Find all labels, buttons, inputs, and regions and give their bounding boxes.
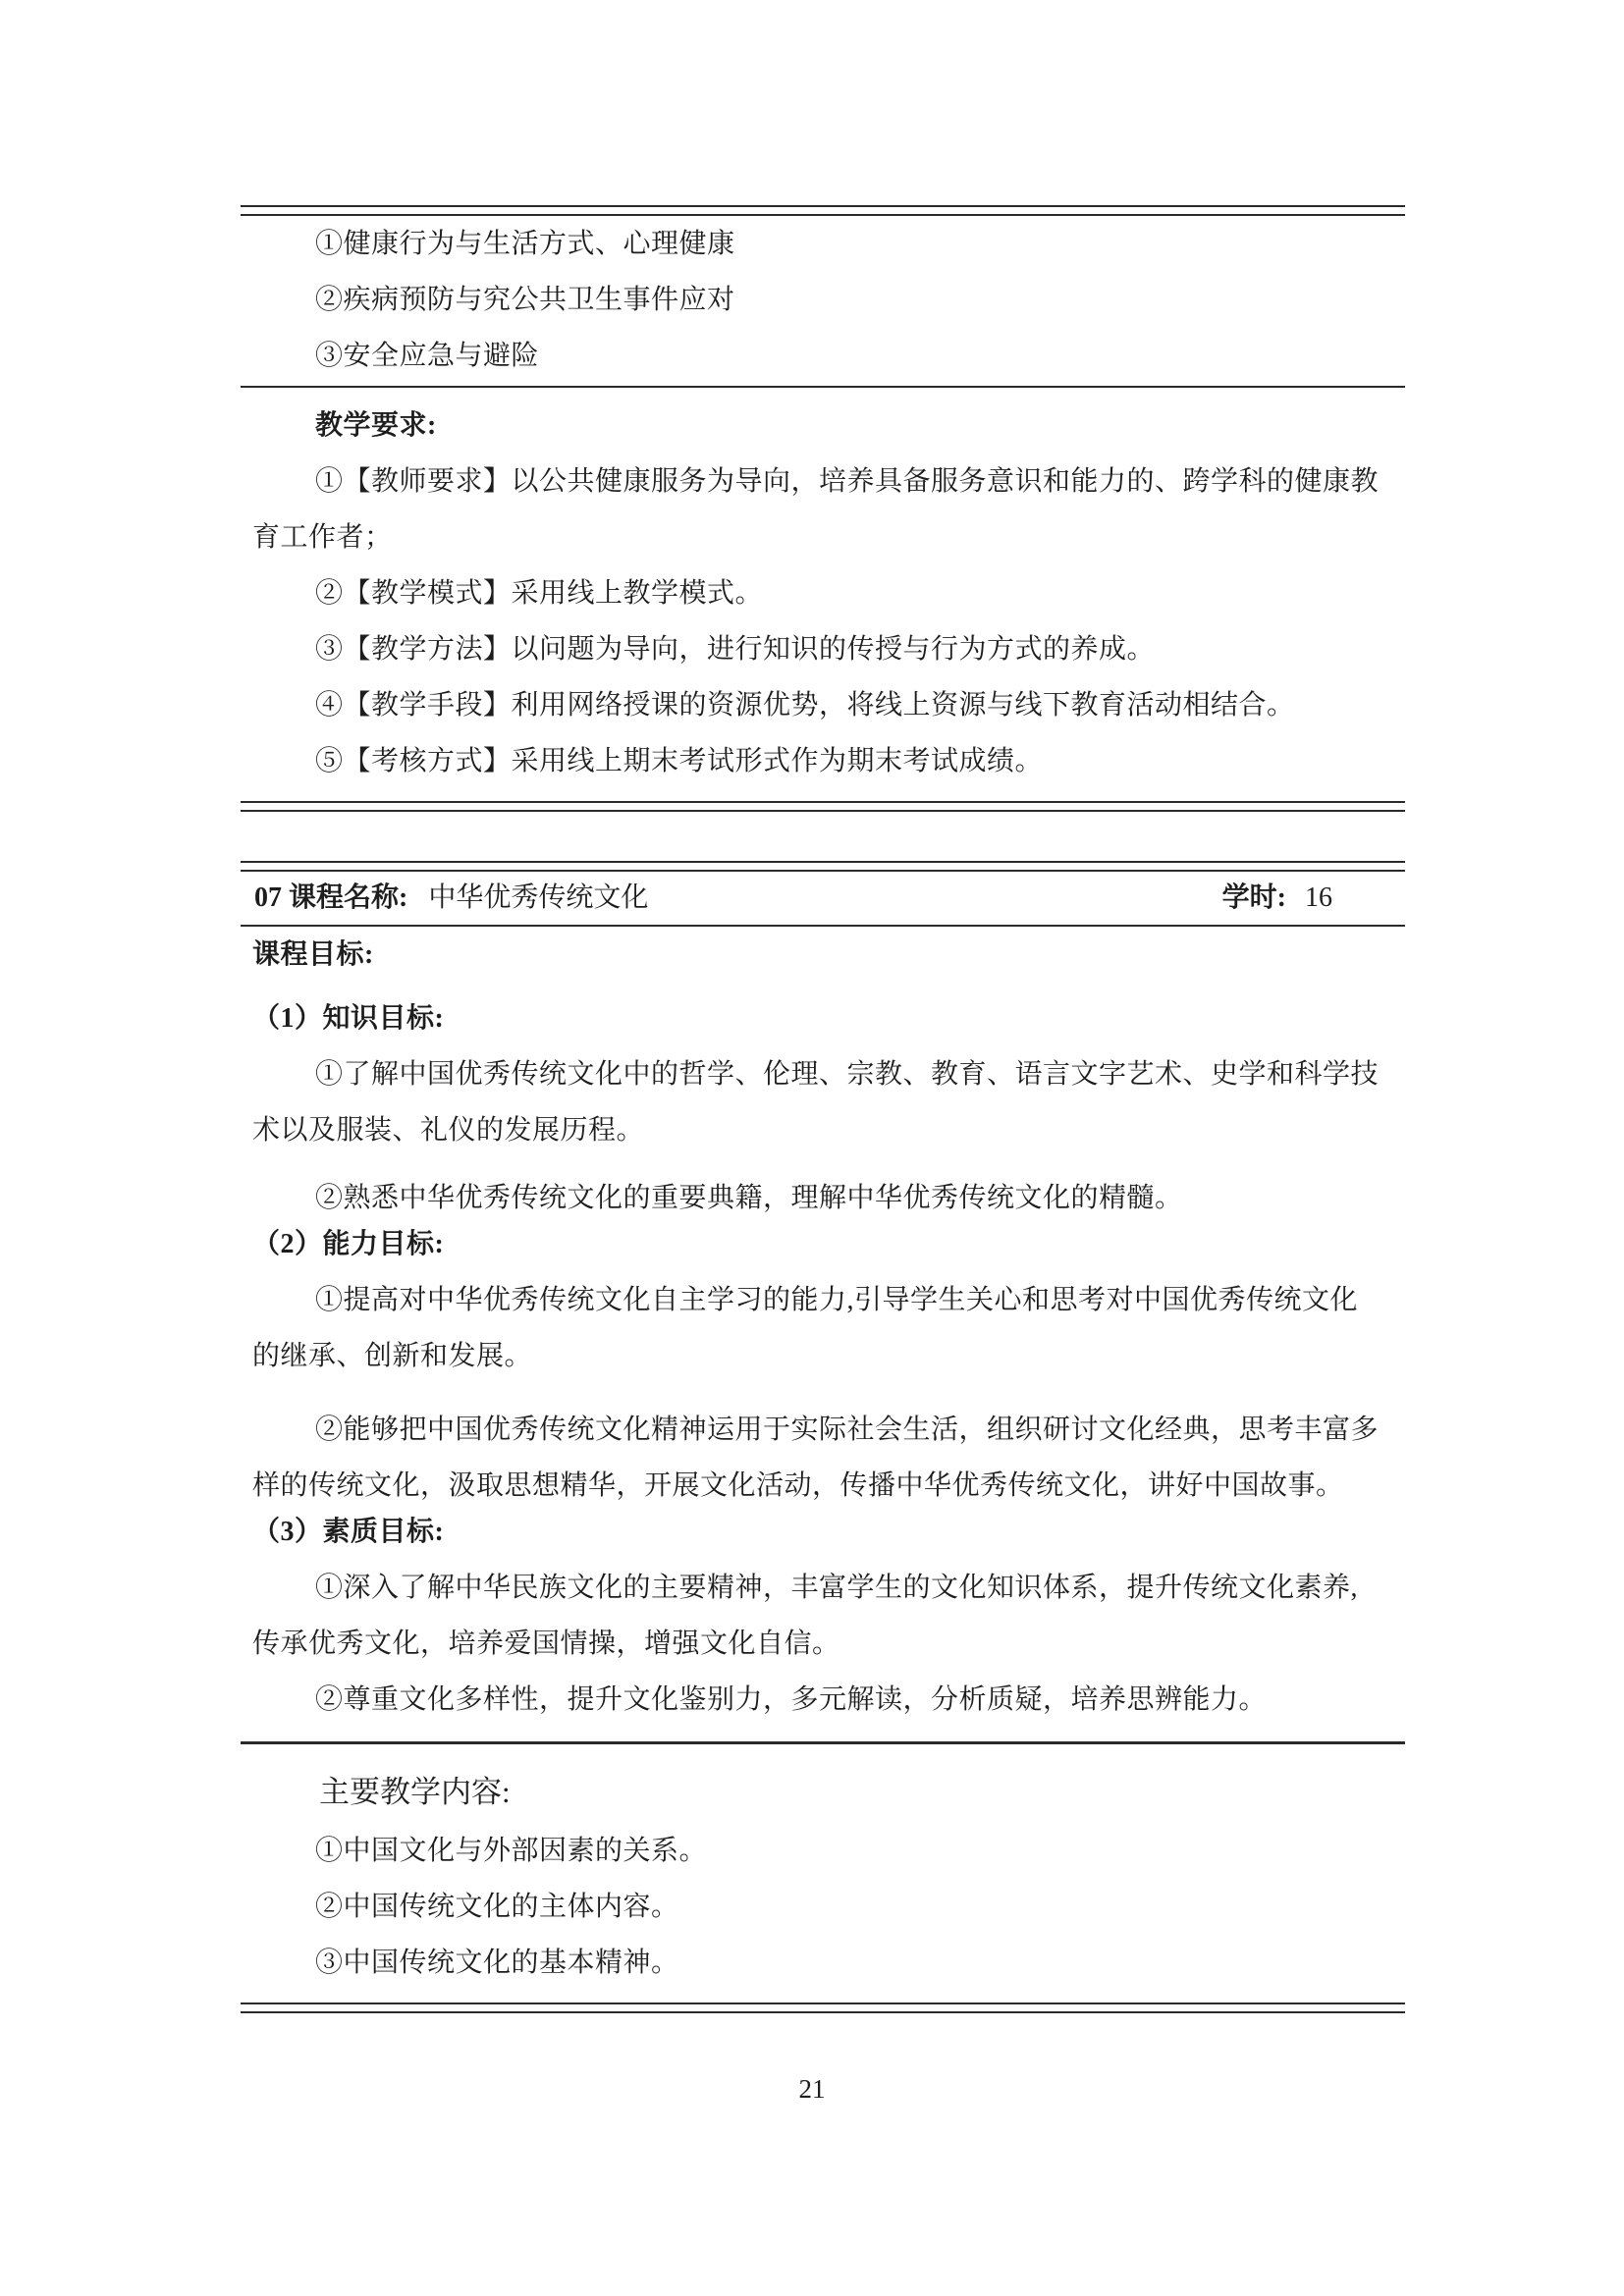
divider-double-bottom	[241, 2002, 1405, 2013]
course-number-label: 07 课程名称:	[254, 882, 407, 913]
course-07-section: 07 课程名称: 中华优秀传统文化 学时: 16 课程目标: （1）知识目标: …	[241, 861, 1405, 2013]
hours-value: 16	[1305, 882, 1332, 913]
hours-label: 学时:	[1222, 882, 1286, 913]
objective-line: ②尊重文化多样性，提升文化鉴别力，多元解读，分析质疑，培养思辨能力。	[241, 1672, 1405, 1728]
course-name: 中华优秀传统文化	[428, 882, 648, 913]
course-hours: 学时: 16	[1222, 872, 1332, 925]
main-teaching-content-heading: 主要教学内容:	[241, 1762, 1405, 1823]
objective-line: ②能够把中国优秀传统文化精神运用于实际社会生活，组织研讨文化经典，思考丰富多	[241, 1402, 1405, 1458]
knowledge-objectives-heading: （1）知识目标:	[241, 990, 1405, 1046]
previous-course-section: ①健康行为与生活方式、心理健康 ②疾病预防与究公共卫生事件应对 ③安全应急与避险…	[241, 205, 1405, 812]
content-item: ②疾病预防与究公共卫生事件应对	[241, 272, 1405, 328]
objective-line: 的继承、创新和发展。	[241, 1328, 1405, 1384]
requirement-line: ⑤【考核方式】采用线上期末考试形式作为期末考试成绩。	[241, 733, 1405, 789]
document-page: ①健康行为与生活方式、心理健康 ②疾病预防与究公共卫生事件应对 ③安全应急与避险…	[0, 0, 1624, 2296]
objective-line: 传承优秀文化，培养爱国情操，增强文化自信。	[241, 1616, 1405, 1672]
objective-line: ①了解中国优秀传统文化中的哲学、伦理、宗教、教育、语言文字艺术、史学和科学技	[241, 1046, 1405, 1102]
teaching-requirements-heading: 教学要求:	[241, 398, 1405, 454]
objective-line: ①提高对中华优秀传统文化自主学习的能力,引导学生关心和思考对中国优秀传统文化	[241, 1272, 1405, 1328]
requirement-line: ①【教师要求】以公共健康服务为导向，培养具备服务意识和能力的、跨学科的健康教	[241, 454, 1405, 509]
page-number: 21	[0, 2069, 1624, 2109]
divider-double-top	[241, 861, 1405, 872]
divider-single-thick	[241, 1741, 1405, 1744]
course-title-row: 07 课程名称: 中华优秀传统文化 学时: 16	[241, 872, 1405, 925]
divider-double-bottom	[241, 801, 1405, 812]
requirement-line: 育工作者；	[241, 509, 1405, 565]
content-item: ②中国传统文化的主体内容。	[241, 1879, 1405, 1935]
objectives-heading: 课程目标:	[241, 927, 1405, 983]
content-item: ①中国文化与外部因素的关系。	[241, 1823, 1405, 1879]
requirement-line: ④【教学手段】利用网络授课的资源优势，将线上资源与线下教育活动相结合。	[241, 677, 1405, 733]
content-item: ③中国传统文化的基本精神。	[241, 1935, 1405, 1991]
course-title: 07 课程名称: 中华优秀传统文化	[254, 872, 648, 925]
content-item: ③安全应急与避险	[241, 328, 1405, 384]
requirement-line: ③【教学方法】以问题为导向，进行知识的传授与行为方式的养成。	[241, 621, 1405, 677]
divider-double-top	[241, 205, 1405, 216]
objective-line: 术以及服装、礼仪的发展历程。	[241, 1102, 1405, 1158]
requirement-line: ②【教学模式】采用线上教学模式。	[241, 565, 1405, 621]
content-item: ①健康行为与生活方式、心理健康	[241, 216, 1405, 272]
divider-single	[241, 386, 1405, 388]
objective-line: ①深入了解中华民族文化的主要精神，丰富学生的文化知识体系，提升传统文化素养,	[241, 1560, 1405, 1616]
